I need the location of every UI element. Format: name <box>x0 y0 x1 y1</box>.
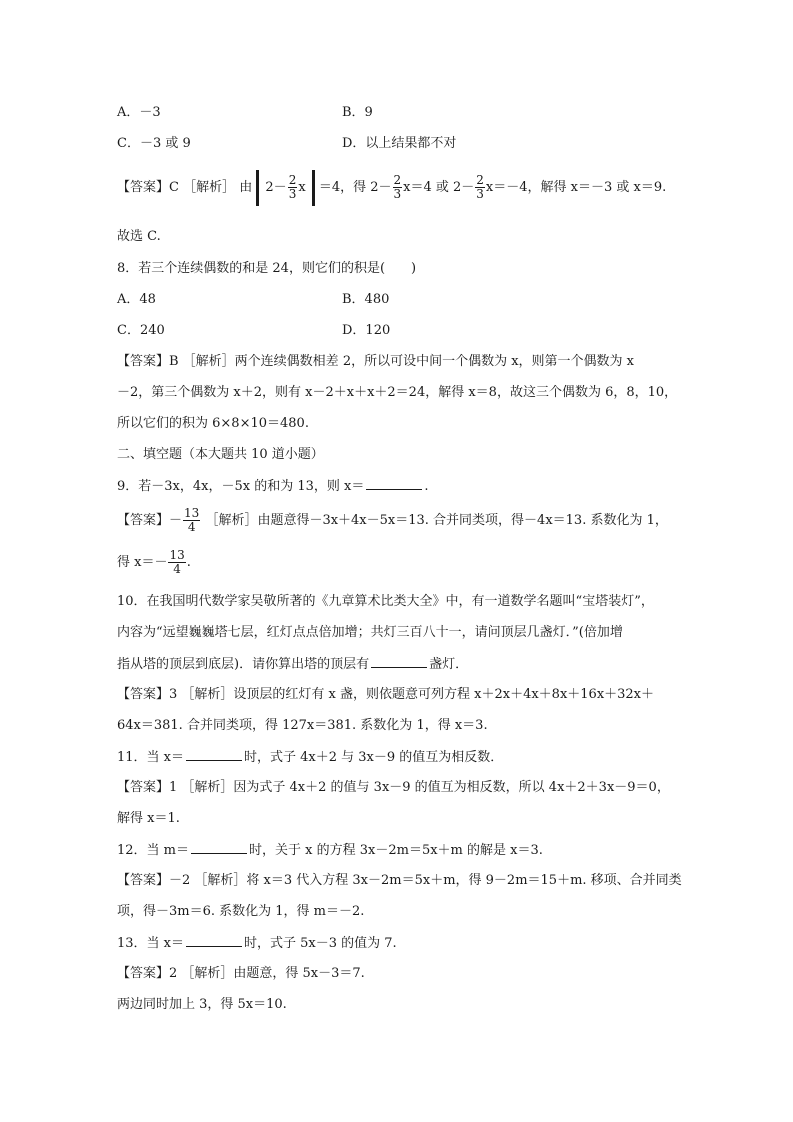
q9-stem-end: . <box>424 479 428 494</box>
q10-line3: 指从塔的顶层到底层)．请你算出塔的顶层有盏灯． <box>117 655 468 674</box>
q9-stem-text: 9．若－3x，4x，－5x 的和为 13，则 x＝ <box>117 479 364 494</box>
q11-stem-end: 时，式子 4x＋2 与 3x－9 的值互为相反数． <box>244 750 503 765</box>
answer-label: 【答案】C <box>117 180 179 195</box>
fraction-numerator: 13 <box>183 507 200 521</box>
fraction: 134 <box>168 549 185 576</box>
q10-answer-line2: 64x＝381. 合并同类项，得 127x＝381. 系数化为 1，得 x＝3. <box>117 717 488 735</box>
fraction-denominator: 4 <box>173 563 181 576</box>
abs-expr-left: 2－ <box>265 180 286 195</box>
fraction-denominator: 4 <box>188 521 196 534</box>
absolute-value-expression: 2－23x <box>256 170 314 206</box>
q10-answer-line1: 【答案】3 ［解析］设顶层的红灯有 x 盏，则依题意可列方程 x＋2x＋4x＋8… <box>117 686 654 704</box>
q8-answer-line1: 【答案】B ［解析］两个连续偶数相差 2，所以可设中间一个偶数为 x，则第一个偶… <box>117 353 634 371</box>
q13-stem-text: 13．当 x＝ <box>117 936 184 951</box>
answer-blank <box>371 655 427 668</box>
q8-option-a: A．48 <box>117 291 156 309</box>
q7-option-c: C．－3 或 9 <box>117 135 191 153</box>
q8-option-d: D．120 <box>342 322 390 340</box>
q13-stem-end: 时，式子 5x－3 的值为 7. <box>244 936 397 951</box>
fraction-denominator: 3 <box>476 188 484 201</box>
q12-answer-line1: 【答案】－2 ［解析］将 x＝3 代入方程 3x－2m＝5x＋m，得 9－2m＝… <box>117 872 682 890</box>
q11-stem: 11．当 x＝时，式子 4x＋2 与 3x－9 的值互为相反数． <box>117 748 503 767</box>
analysis-text: . <box>187 555 191 570</box>
q10-line2: 内容为“远望巍巍塔七层，红灯点点倍加增；共灯三百八十一，请问顶层几盏灯．”(倍加… <box>117 624 623 642</box>
q8-answer-line2: －2，第三个偶数为 x＋2，则有 x－2＋x＋x＋2＝24，解得 x＝8，故这三… <box>117 384 677 402</box>
section-title: 二、填空题（本大题共 10 道小题） <box>117 446 324 464</box>
q11-answer-line2: 解得 x＝1. <box>117 810 180 828</box>
answer-blank <box>186 934 242 947</box>
q13-answer-line1: 【答案】2 ［解析］由题意，得 5x－3＝7. <box>117 965 365 983</box>
fraction: 134 <box>183 507 200 534</box>
q10-line1: 10．在我国明代数学家吴敬所著的《九章算术比类大全》中，有一道数学名题叫“宝塔装… <box>117 593 654 611</box>
q10-text: 指从塔的顶层到底层)．请你算出塔的顶层有 <box>117 657 369 672</box>
q8-stem: 8．若三个连续偶数的和是 24，则它们的积是( ) <box>117 260 416 278</box>
analysis-text: x＝4 或 2－ <box>403 180 474 195</box>
analysis-text: x＝－4，解得 x＝－3 或 x＝9. <box>486 180 666 195</box>
fraction-numerator: 2 <box>393 174 403 188</box>
q11-stem-text: 11．当 x＝ <box>117 750 184 765</box>
abs-var: x <box>298 180 305 195</box>
q7-conclusion: 故选 C. <box>117 228 161 246</box>
q9-stem: 9．若－3x，4x，－5x 的和为 13，则 x＝. <box>117 477 429 496</box>
analysis-label: ［解析］ <box>183 180 235 195</box>
analysis-text: ［解析］由题意得－3x＋4x－5x＝13. 合并同类项，得－4x＝13. 系数化… <box>205 513 667 528</box>
q12-stem-text: 12．当 m＝ <box>117 843 189 858</box>
q7-option-d: D．以上结果都不对 <box>342 135 456 153</box>
fraction-denominator: 3 <box>394 188 402 201</box>
q7-option-a: A．－3 <box>117 104 161 122</box>
fraction: 23 <box>393 174 403 201</box>
q9-answer-line2: 得 x＝－134. <box>117 545 191 581</box>
fraction: 23 <box>288 174 298 201</box>
answer-blank <box>186 748 242 761</box>
fraction-numerator: 13 <box>168 549 185 563</box>
q8-answer-line3: 所以它们的积为 6×8×10＝480. <box>117 415 309 433</box>
q7-option-b: B．9 <box>342 104 373 122</box>
q11-answer-line1: 【答案】1 ［解析］因为式子 4x＋2 的值与 3x－9 的值互为相反数，所以 … <box>117 779 670 797</box>
fraction-numerator: 2 <box>288 174 298 188</box>
document-page: A．－3 B．9 C．－3 或 9 D．以上结果都不对 【答案】C ［解析］ 由… <box>0 0 793 1122</box>
q9-answer-line1: 【答案】－134 ［解析］由题意得－3x＋4x－5x＝13. 合并同类项，得－4… <box>117 503 668 539</box>
q10-text-end: 盏灯． <box>429 657 468 672</box>
fraction-numerator: 2 <box>475 174 485 188</box>
q12-answer-line2: 项，得－3m＝6. 系数化为 1，得 m＝－2. <box>117 903 364 921</box>
q12-stem: 12．当 m＝时，关于 x 的方程 3x－2m＝5x＋m 的解是 x＝3. <box>117 841 543 860</box>
q12-stem-end: 时，关于 x 的方程 3x－2m＝5x＋m 的解是 x＝3. <box>249 843 543 858</box>
fraction-denominator: 3 <box>289 188 297 201</box>
answer-blank <box>366 477 422 490</box>
fraction: 23 <box>475 174 485 201</box>
analysis-text: 得 x＝－ <box>117 555 167 570</box>
q8-option-c: C．240 <box>117 322 165 340</box>
q8-option-b: B．480 <box>342 291 389 309</box>
answer-label: 【答案】－ <box>117 513 182 528</box>
answer-blank <box>191 841 247 854</box>
q13-stem: 13．当 x＝时，式子 5x－3 的值为 7. <box>117 934 397 953</box>
q7-answer: 【答案】C ［解析］ 由 2－23x ＝4，得 2－23x＝4 或 2－23x＝… <box>117 168 666 208</box>
q13-answer-line2: 两边同时加上 3，得 5x＝10. <box>117 996 287 1014</box>
analysis-text: ＝4，得 2－ <box>319 180 392 195</box>
analysis-text: 由 <box>239 180 252 195</box>
